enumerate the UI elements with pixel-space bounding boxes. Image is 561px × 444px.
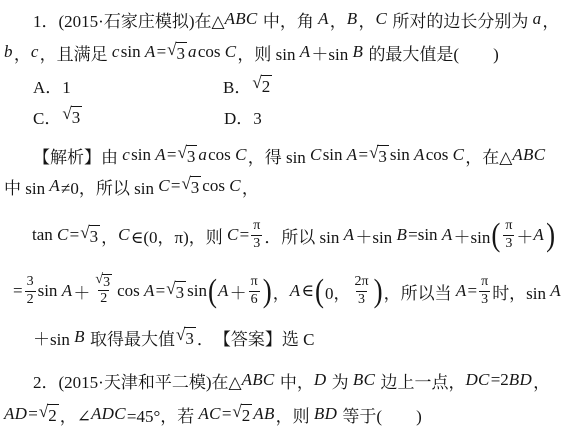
square-root: √2 [252, 75, 272, 95]
text-run: ， [542, 7, 559, 32]
math-variable: B [396, 225, 408, 245]
text-run: cos [202, 176, 229, 196]
fraction: 32 [25, 274, 36, 307]
text-run: ， [242, 174, 259, 199]
square-root: √3 [80, 225, 100, 245]
text-run: = [28, 404, 38, 424]
math-variable: A [550, 281, 561, 301]
fraction: π3 [479, 274, 490, 307]
option-c: C．√3 [33, 101, 83, 131]
text-run: ， [14, 40, 31, 65]
text-run: ．所以 sin [264, 223, 343, 248]
math-variable: C [227, 225, 240, 245]
text-run: = [70, 225, 80, 245]
math-variable: C [118, 225, 131, 245]
text-run: =sin [408, 225, 442, 245]
text-run: 时，sin [492, 279, 550, 304]
radicand: 3 [89, 225, 101, 245]
text-run: ， [101, 223, 118, 248]
math-variable: A [344, 225, 356, 245]
text-run: ∈ [301, 281, 314, 301]
text-run: 等于( ) [338, 402, 422, 427]
math-variable: AD [4, 404, 28, 424]
text-run: = [240, 225, 250, 245]
text-run: cos [426, 145, 453, 165]
text-run: cos [208, 145, 235, 165]
option-d: D．3 [224, 101, 262, 131]
math-variable: A [533, 225, 545, 245]
square-root: √2 [232, 404, 252, 424]
text-run: cos [117, 281, 144, 301]
text-run: ， [330, 7, 347, 32]
text-run: cos [198, 42, 225, 62]
math-variable: A [414, 145, 426, 165]
text-run: =45°，若 [127, 402, 199, 427]
text-run: ，∠ [60, 402, 91, 427]
text-run: ∈(0，π)，则 [131, 223, 227, 248]
big-parenthesis: ( [491, 219, 500, 251]
math-variable: B [347, 9, 359, 29]
text-run: ，在△ [465, 143, 512, 168]
text-run: ，则 sin [237, 40, 299, 65]
text-run: ，则 [276, 402, 314, 427]
square-root: √2 [39, 404, 59, 424]
math-variable: AB [253, 404, 275, 424]
question-2-stem-line-1: 2．(2015·天津和平二模)在△ABC 中，D 为 BC 边上一点，DC=2B… [33, 365, 550, 395]
square-root: √3 [369, 145, 389, 165]
math-variable: A [49, 176, 61, 196]
text-run: sin [131, 145, 155, 165]
math-variable: A [300, 42, 312, 62]
big-parenthesis: ( [208, 275, 217, 307]
text-run: =2 [491, 370, 509, 390]
math-variable: ABC [242, 370, 276, 390]
math-variable: c [112, 42, 121, 62]
radicand: 3 [71, 106, 83, 126]
question-1-stem-line-2: b，c，且满足 csin A=√3acos C，则 sin A＋sin B 的最… [4, 37, 499, 67]
math-variable: A [442, 225, 454, 245]
text-run: 的最大值是( ) [364, 40, 499, 65]
text-run: = [167, 145, 177, 165]
square-root: √3 [167, 42, 187, 62]
solution-line-1: 【解析】由 csin A=√3acos C，得 sin Csin A=√3sin… [33, 140, 546, 170]
math-variable: C [158, 176, 171, 196]
question-2-stem-line-2: AD=√2，∠ADC=45°，若 AC=√2AB，则 BD 等于( ) [4, 399, 422, 429]
text-run: C． [33, 104, 61, 129]
text-run: 2π [355, 274, 369, 290]
text-run: sin [390, 145, 414, 165]
denominator: 2 [98, 290, 109, 307]
math-variable: C [453, 145, 466, 165]
square-root: √3 [177, 145, 197, 165]
radical-sign-icon: √ [39, 403, 48, 420]
math-variable: A [347, 145, 359, 165]
text-run: 1．(2015·石家庄模拟)在△ [33, 7, 225, 32]
denominator: 2 [25, 291, 36, 308]
option-b: B．√2 [223, 70, 273, 100]
text-run: = [171, 176, 181, 196]
math-variable: A [318, 9, 330, 29]
denominator: 6 [249, 291, 260, 308]
text-run: 所对的边长分别为 [388, 7, 533, 32]
text-run: = [222, 404, 232, 424]
numerator: π [249, 274, 260, 290]
text-run: ≠0，所以 sin [61, 174, 158, 199]
text-run: sin [38, 281, 62, 301]
solution-line-3: tan C=√3，C∈(0，π)，则 C=π3．所以 sin A＋sin B=s… [32, 213, 556, 257]
fraction: π3 [503, 218, 514, 251]
fraction: √32 [92, 274, 115, 307]
math-variable: C [225, 42, 238, 62]
fraction: π6 [249, 274, 260, 307]
text-run: 为 [327, 368, 353, 393]
radicand: 3 [190, 176, 202, 196]
text-run: ＋sin [355, 223, 396, 248]
radical-sign-icon: √ [232, 403, 241, 420]
text-run: π [505, 218, 512, 234]
math-variable: C [229, 176, 242, 196]
math-variable: C [57, 225, 70, 245]
math-variable: ABC [512, 145, 546, 165]
text-run: sin [121, 42, 145, 62]
radical-sign-icon: √ [80, 224, 89, 241]
text-run: = [358, 145, 368, 165]
text-run: 中 sin [4, 174, 49, 199]
text-run: 边上一点， [376, 368, 465, 393]
text-run: tan [32, 225, 57, 245]
square-root: √3 [176, 327, 196, 347]
text-run: 3 [481, 292, 488, 308]
text-run: 2 [27, 292, 34, 308]
math-variable: A [155, 145, 167, 165]
text-run: ，得 sin [248, 143, 310, 168]
text-run: ，且满足 [40, 40, 112, 65]
math-variable: BC [353, 370, 376, 390]
fraction: π3 [251, 218, 262, 251]
denominator: 3 [251, 235, 262, 252]
math-variable: A [144, 281, 156, 301]
math-variable: C [375, 9, 388, 29]
document-page: 1．(2015·石家庄模拟)在△ABC 中，角 A，B，C 所对的边长分别为 a… [0, 0, 561, 444]
solution-line-4: =32sin A＋√32cos A=√3sin(A＋π6)，A∈(0，2π3)，… [13, 269, 561, 313]
text-run: 6 [251, 292, 258, 308]
square-root: √3 [166, 281, 186, 301]
solution-line-5: ＋sin B 取得最大值√3． 【答案】选 C [33, 322, 314, 352]
math-variable: BD [509, 370, 533, 390]
math-variable: A [456, 281, 468, 301]
math-variable: D [314, 370, 328, 390]
text-run: = [156, 281, 166, 301]
radical-sign-icon: √ [369, 144, 378, 161]
math-variable: A [218, 281, 230, 301]
numerator: 2π [353, 274, 371, 290]
math-variable: AC [199, 404, 222, 424]
radicand: 3 [176, 42, 188, 62]
text-run: ． 【答案】选 C [197, 325, 315, 350]
math-variable: B [353, 42, 365, 62]
text-run: 中， [276, 368, 314, 393]
math-variable: A [145, 42, 157, 62]
big-parenthesis: ) [546, 219, 555, 251]
square-root: √3 [181, 176, 201, 196]
option-a: A．1 [33, 70, 71, 100]
square-root: √3 [62, 106, 82, 126]
text-run: ， [533, 368, 550, 393]
math-variable: BD [314, 404, 338, 424]
numerator: 3 [25, 274, 36, 290]
big-parenthesis: ) [263, 275, 272, 307]
text-run: A．1 [33, 73, 71, 98]
radical-sign-icon: √ [252, 74, 261, 91]
radicand: 2 [261, 75, 273, 95]
solution-line-2: 中 sin A≠0，所以 sin C=√3cos C， [4, 171, 259, 201]
square-root: √3 [95, 274, 112, 290]
text-run: D．3 [224, 104, 262, 129]
text-run: ＋sin [311, 40, 352, 65]
text-run: ＋sin [454, 223, 491, 248]
math-variable: a [198, 145, 208, 165]
text-run: π [481, 274, 488, 290]
math-variable: A [62, 281, 74, 301]
text-run: π [251, 274, 258, 290]
math-variable: ABC [225, 9, 259, 29]
radical-sign-icon: √ [62, 105, 71, 122]
numerator: π [503, 218, 514, 234]
math-variable: A [290, 281, 302, 301]
numerator: π [251, 218, 262, 234]
text-run: ， [273, 279, 290, 304]
question-1-stem-line-1: 1．(2015·石家庄模拟)在△ABC 中，角 A，B，C 所对的边长分别为 a… [33, 4, 559, 34]
denominator: 3 [479, 291, 490, 308]
text-run: ＋ [516, 223, 533, 248]
text-run: ，所以当 [384, 279, 456, 304]
text-run: 3 [27, 274, 34, 290]
text-run: ＋sin [33, 325, 74, 350]
numerator: √3 [92, 274, 115, 290]
math-variable: C [310, 145, 323, 165]
math-variable: ADC [91, 404, 127, 424]
text-run: ＋ [230, 279, 247, 304]
math-variable: c [122, 145, 131, 165]
radical-sign-icon: √ [177, 144, 186, 161]
text-run: ， [358, 7, 375, 32]
text-run: sin [187, 281, 207, 301]
text-run: 0， [325, 279, 351, 304]
math-variable: a [188, 42, 198, 62]
radical-sign-icon: √ [176, 326, 185, 343]
radicand: 2 [241, 404, 253, 424]
radicand: 2 [47, 404, 59, 424]
denominator: 3 [503, 235, 514, 252]
text-run: ＋ [73, 279, 90, 304]
radicand: 3 [186, 145, 198, 165]
radicand: 3 [184, 327, 196, 347]
math-variable: a [533, 9, 543, 29]
text-run: 3 [505, 236, 512, 252]
big-parenthesis: ) [374, 275, 383, 307]
text-run: 中，角 [259, 7, 319, 32]
big-parenthesis: ( [315, 275, 324, 307]
radicand: 3 [377, 145, 389, 165]
numerator: π [479, 274, 490, 290]
text-run: 2 [100, 291, 107, 307]
text-run: 取得最大值 [86, 325, 175, 350]
radical-sign-icon: √ [166, 280, 175, 297]
text-run: 3 [253, 236, 260, 252]
math-variable: C [235, 145, 248, 165]
fraction: 2π3 [353, 274, 371, 307]
radical-sign-icon: √ [167, 41, 176, 58]
radicand: 3 [175, 281, 187, 301]
text-run: 【解析】由 [33, 143, 122, 168]
text-run: = [468, 281, 478, 301]
radicand: 3 [102, 274, 112, 290]
text-run: 2．(2015·天津和平二模)在△ [33, 368, 242, 393]
denominator: 3 [356, 291, 367, 308]
text-run: = [13, 281, 23, 301]
text-run: π [253, 218, 260, 234]
text-run: 3 [358, 292, 365, 308]
math-variable: c [31, 42, 40, 62]
math-variable: b [4, 42, 14, 62]
math-variable: DC [465, 370, 490, 390]
text-run: B． [223, 73, 251, 98]
math-variable: B [74, 327, 86, 347]
radical-sign-icon: √ [181, 175, 190, 192]
radical-sign-icon: √ [95, 273, 103, 287]
text-run: sin [323, 145, 347, 165]
text-run: = [157, 42, 167, 62]
